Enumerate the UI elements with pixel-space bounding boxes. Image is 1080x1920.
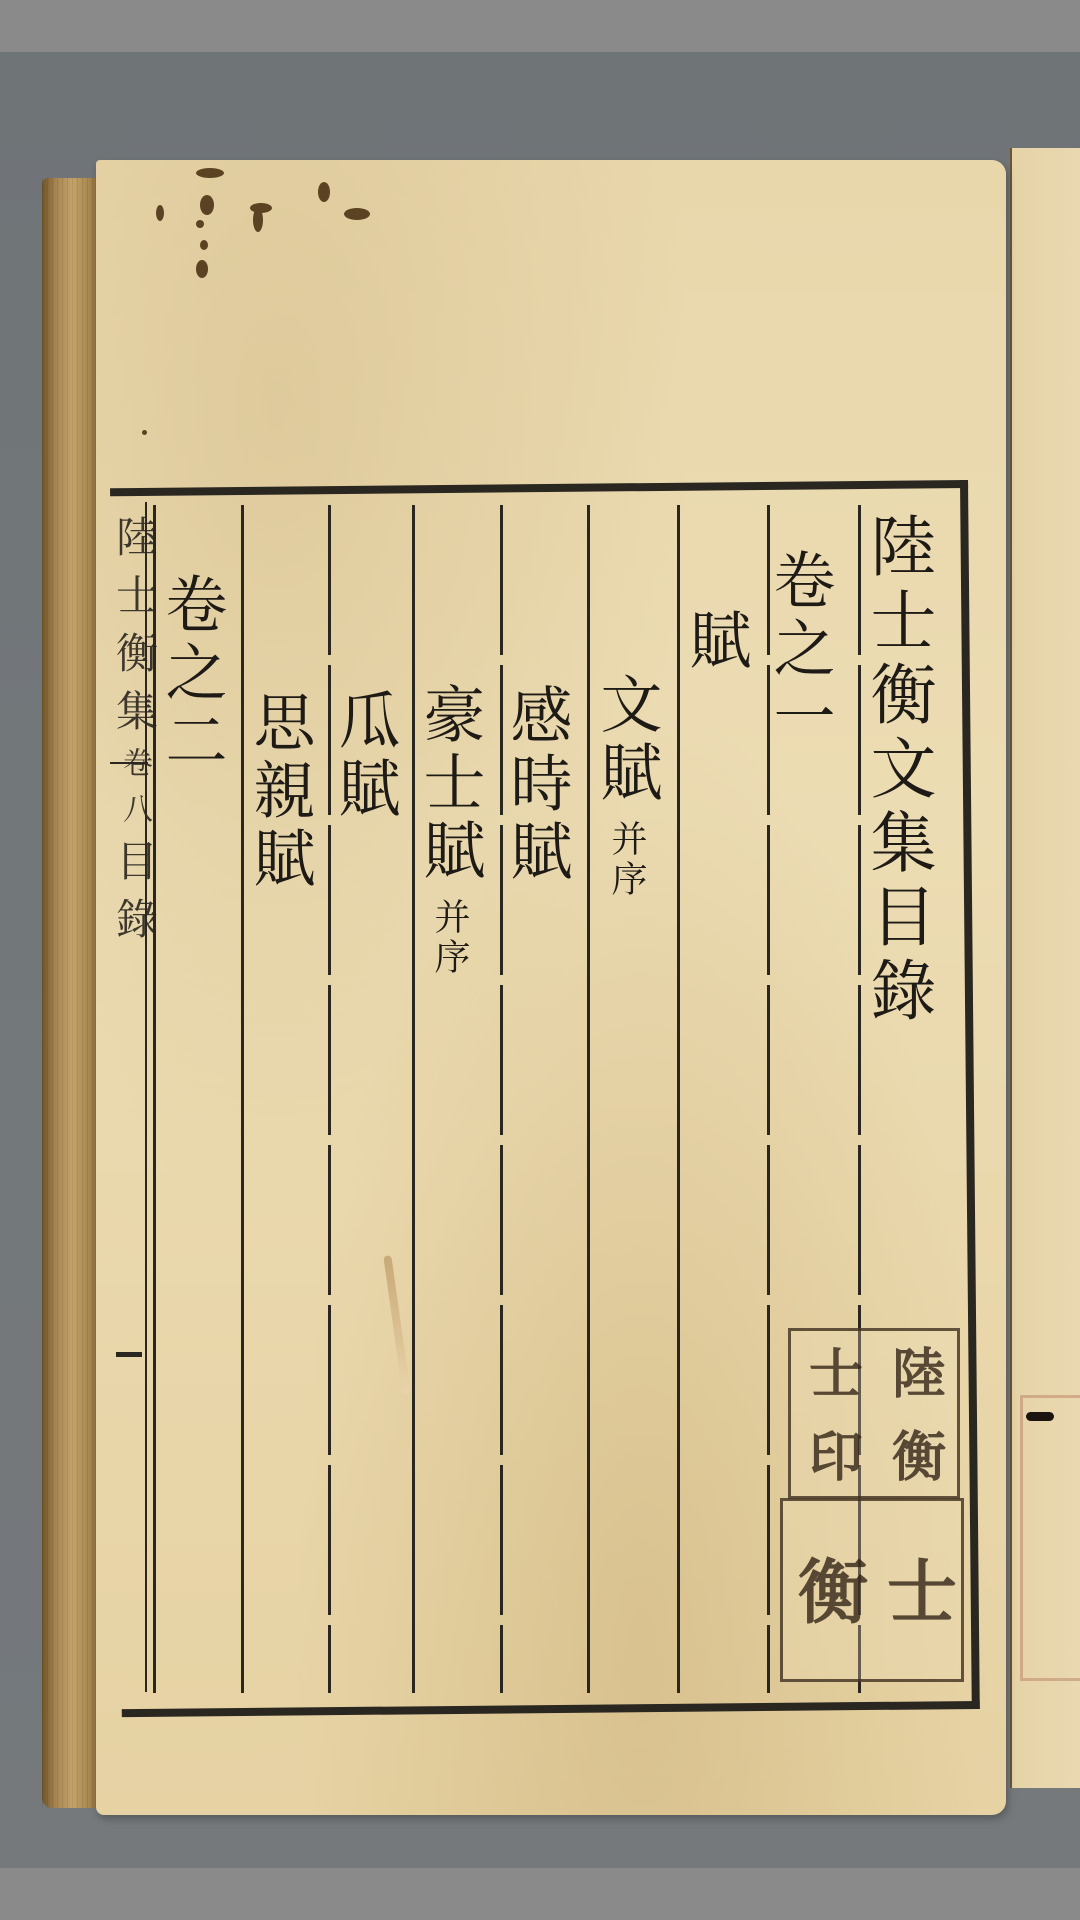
wormhole [142,430,147,435]
bottom-bar [0,1868,1080,1920]
entry-note: 并序 [431,898,467,978]
volume-heading-1: 卷之一 [768,548,830,752]
margin-title-text: 陸士衡集 [110,515,159,747]
category-text: 賦 [679,608,752,676]
column-divider [677,505,680,1693]
entry-title: 思親賦 [243,690,316,894]
volume-1-text: 卷之一 [763,548,836,752]
seal-char: 士 [806,1345,860,1399]
wormhole [200,240,208,250]
wormhole [318,182,330,202]
book-fore-edge [42,178,98,1808]
seal-char: 士 [882,1555,952,1625]
collector-seal-2: 衡 士 [780,1498,964,1682]
wormhole [200,195,214,215]
top-bar [0,0,1080,52]
entry-4: 瓜賦 [333,688,395,824]
entry-note: 并序 [608,820,644,900]
entry-title: 感時賦 [500,683,573,887]
ink-blot [1026,1412,1054,1421]
margin-fishtail [110,762,148,804]
entry-1: 文賦并序 [595,672,657,900]
margin-page-number [116,1352,142,1357]
wormhole [344,208,370,220]
wormhole [156,205,164,221]
wormhole [253,208,263,232]
volume-2-text: 卷之二 [155,572,228,776]
entry-5: 思親賦 [248,690,310,894]
column-divider [241,505,244,1693]
volume-heading-2: 卷之二 [160,572,222,776]
entry-3: 豪士賦并序 [418,682,480,978]
wormhole [196,220,204,228]
entry-title: 文賦 [590,672,663,808]
wormhole [196,168,224,178]
seal-char: 陸 [889,1345,943,1399]
category-heading: 賦 [684,608,746,676]
seal-char: 印 [806,1428,860,1482]
page-title: 陸士衡文集目錄 [864,512,930,1030]
next-page-seal-fragment [1020,1395,1080,1681]
entry-title: 豪士賦 [413,682,486,886]
margin-section-text: 目錄 [110,839,159,955]
title-text: 陸士衡文集目錄 [859,512,936,1030]
wormhole [196,260,208,278]
entry-2: 感時賦 [505,683,567,887]
seal-char: 衡 [793,1555,863,1625]
collector-seal-1: 士 陸 印 衡 [788,1328,960,1499]
entry-title: 瓜賦 [328,688,401,824]
seal-char: 衡 [889,1428,943,1482]
column-divider [328,505,331,1693]
